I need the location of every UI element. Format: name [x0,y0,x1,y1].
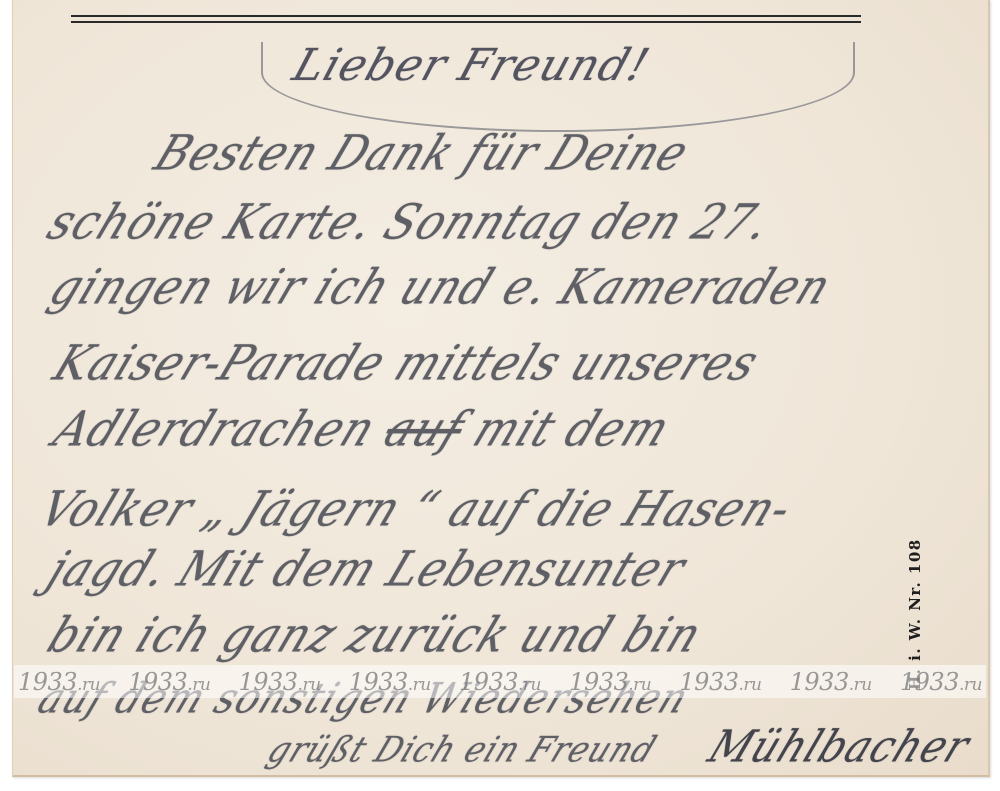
watermark-text: 1933.ru [569,668,651,696]
struck-through-word: auf [377,401,474,457]
printed-rule-bottom [71,21,861,23]
watermark-text: 1933.ru [128,668,210,696]
printed-rule-top [71,15,861,17]
line6-word-a: Volker [32,481,203,537]
line6-quote: „ [195,481,241,537]
handwritten-line-7: jagd. Mit dem Lebensunter [40,541,694,597]
closing-line: grüßt Dich ein Freund Mühlbacher [261,722,977,773]
handwritten-line-8: bin ich ganz zurück und bin [40,607,711,663]
watermark-text: 1933.ru [679,668,761,696]
handwritten-line-1: Besten Dank für Deine [147,125,698,181]
handwritten-line-2: schöne Karte. Sonntag den 27. [40,194,780,250]
watermark-text: 1933.ru [18,668,100,696]
handwritten-line-6: Volker „ Jägern “ auf die Hasen- [32,481,801,537]
handwritten-line-4: Kaiser-Parade mittels unseres [46,335,767,391]
closing-text: grüßt Dich ein Freund [262,728,663,770]
line5-word-a: Adlerdrachen [46,401,385,457]
watermark-text: 1933.ru [349,668,431,696]
watermark-text: 1933.ru [459,668,541,696]
signature: Mühlbacher [701,722,977,773]
watermark-text: 1933.ru [790,668,872,696]
greeting: Lieber Freund! [287,40,656,91]
watermark-text: 1933.ru [238,668,320,696]
postcard: Lieber Freund! Besten Dank für Deine sch… [12,0,990,777]
watermark-band: 1933.ru1933.ru1933.ru1933.ru1933.ru1933.… [14,665,986,698]
line6-word-b: Jägern [234,481,410,537]
line5-word-b: mit dem [465,401,678,457]
handwritten-line-5: Adlerdrachen auf mit dem [46,401,679,457]
handwritten-line-3: gingen wir ich und e. Kameraden [42,259,840,315]
watermark-text: 1933.ru [900,668,982,696]
line6-word-c: “ auf die Hasen- [402,481,801,537]
